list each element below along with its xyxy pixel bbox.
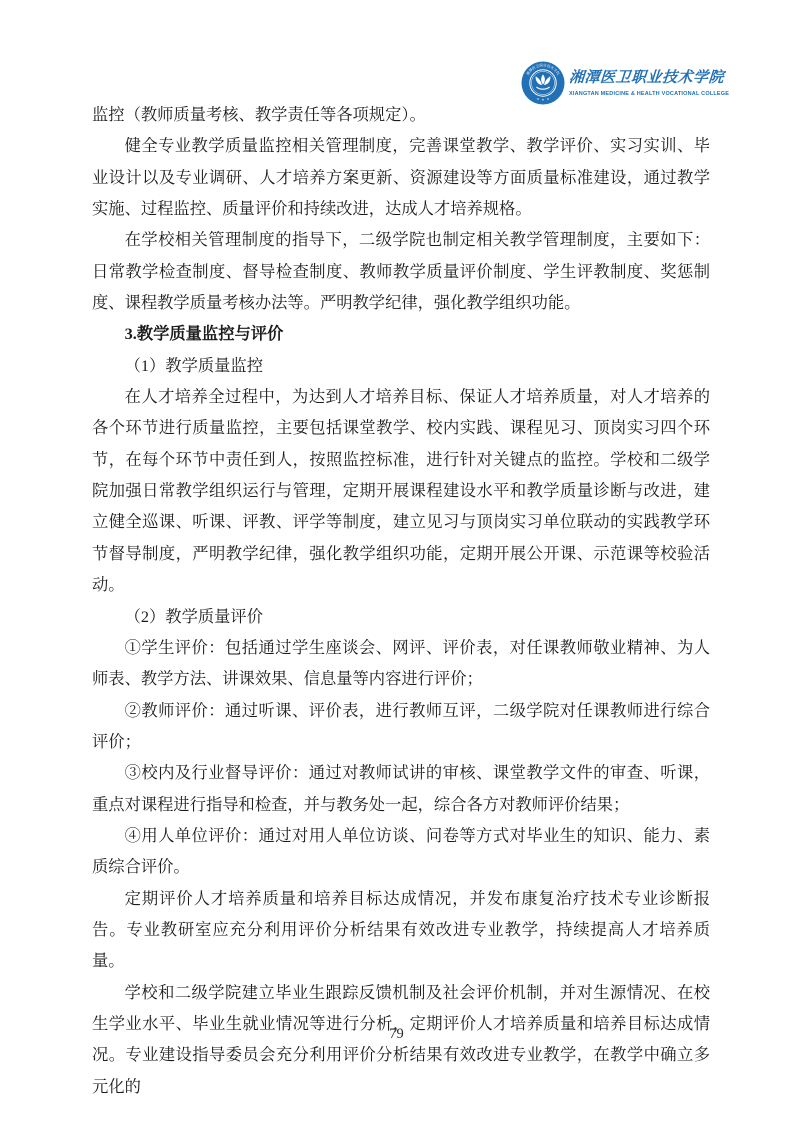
college-name-en: XIANGTAN MEDICINE & HEALTH VOCATIONAL CO…: [569, 90, 729, 98]
page-number: 79: [0, 1026, 793, 1043]
item-teacher-evaluation: ②教师评价：通过听课、评价表，进行教师互评，二级学院对任课教师进行综合评价；: [92, 695, 710, 758]
college-name-zh: 湘潭医卫职业技术学院: [568, 68, 730, 88]
document-page: 湘潭医卫职业技术学院 湘潭医卫职业技术学院 XIANGTAN MEDICINE …: [0, 0, 793, 1122]
item-student-evaluation: ①学生评价：包括通过学生座谈会、网评、评价表，对任课教师敬业精神、为人师表、教学…: [92, 632, 710, 695]
paragraph: 定期评价人才培养质量和培养目标达成情况，并发布康复治疗技术专业诊断报告。专业教研…: [92, 883, 710, 977]
document-body: 监控（教师质量考核、教学责任等各项规定）。 健全专业教学质量监控相关管理制度，完…: [92, 99, 710, 1102]
paragraph-continuation: 监控（教师质量考核、教学责任等各项规定）。: [92, 99, 710, 130]
section-heading: 3.教学质量监控与评价: [92, 318, 710, 349]
college-name-block: 湘潭医卫职业技术学院 XIANGTAN MEDICINE & HEALTH VO…: [569, 68, 729, 98]
paragraph: 健全专业教学质量监控相关管理制度，完善课堂教学、教学评价、实习实训、毕业设计以及…: [92, 130, 710, 224]
paragraph: 在人才培养全过程中，为达到人才培养目标、保证人才培养质量，对人才培养的各个环节进…: [92, 381, 710, 600]
subheading-quality-monitoring: （1）教学质量监控: [92, 350, 710, 381]
item-supervisor-evaluation: ③校内及行业督导评价：通过对教师试讲的审核、课堂教学文件的审查、听课，重点对课程…: [92, 757, 710, 820]
item-employer-evaluation: ④用人单位评价：通过对用人单位访谈、问卷等方式对毕业生的知识、能力、素质综合评价…: [92, 820, 710, 883]
subheading-quality-evaluation: （2）教学质量评价: [92, 601, 710, 632]
paragraph: 在学校相关管理制度的指导下，二级学院也制定相关教学管理制度，主要如下：日常教学检…: [92, 224, 710, 318]
